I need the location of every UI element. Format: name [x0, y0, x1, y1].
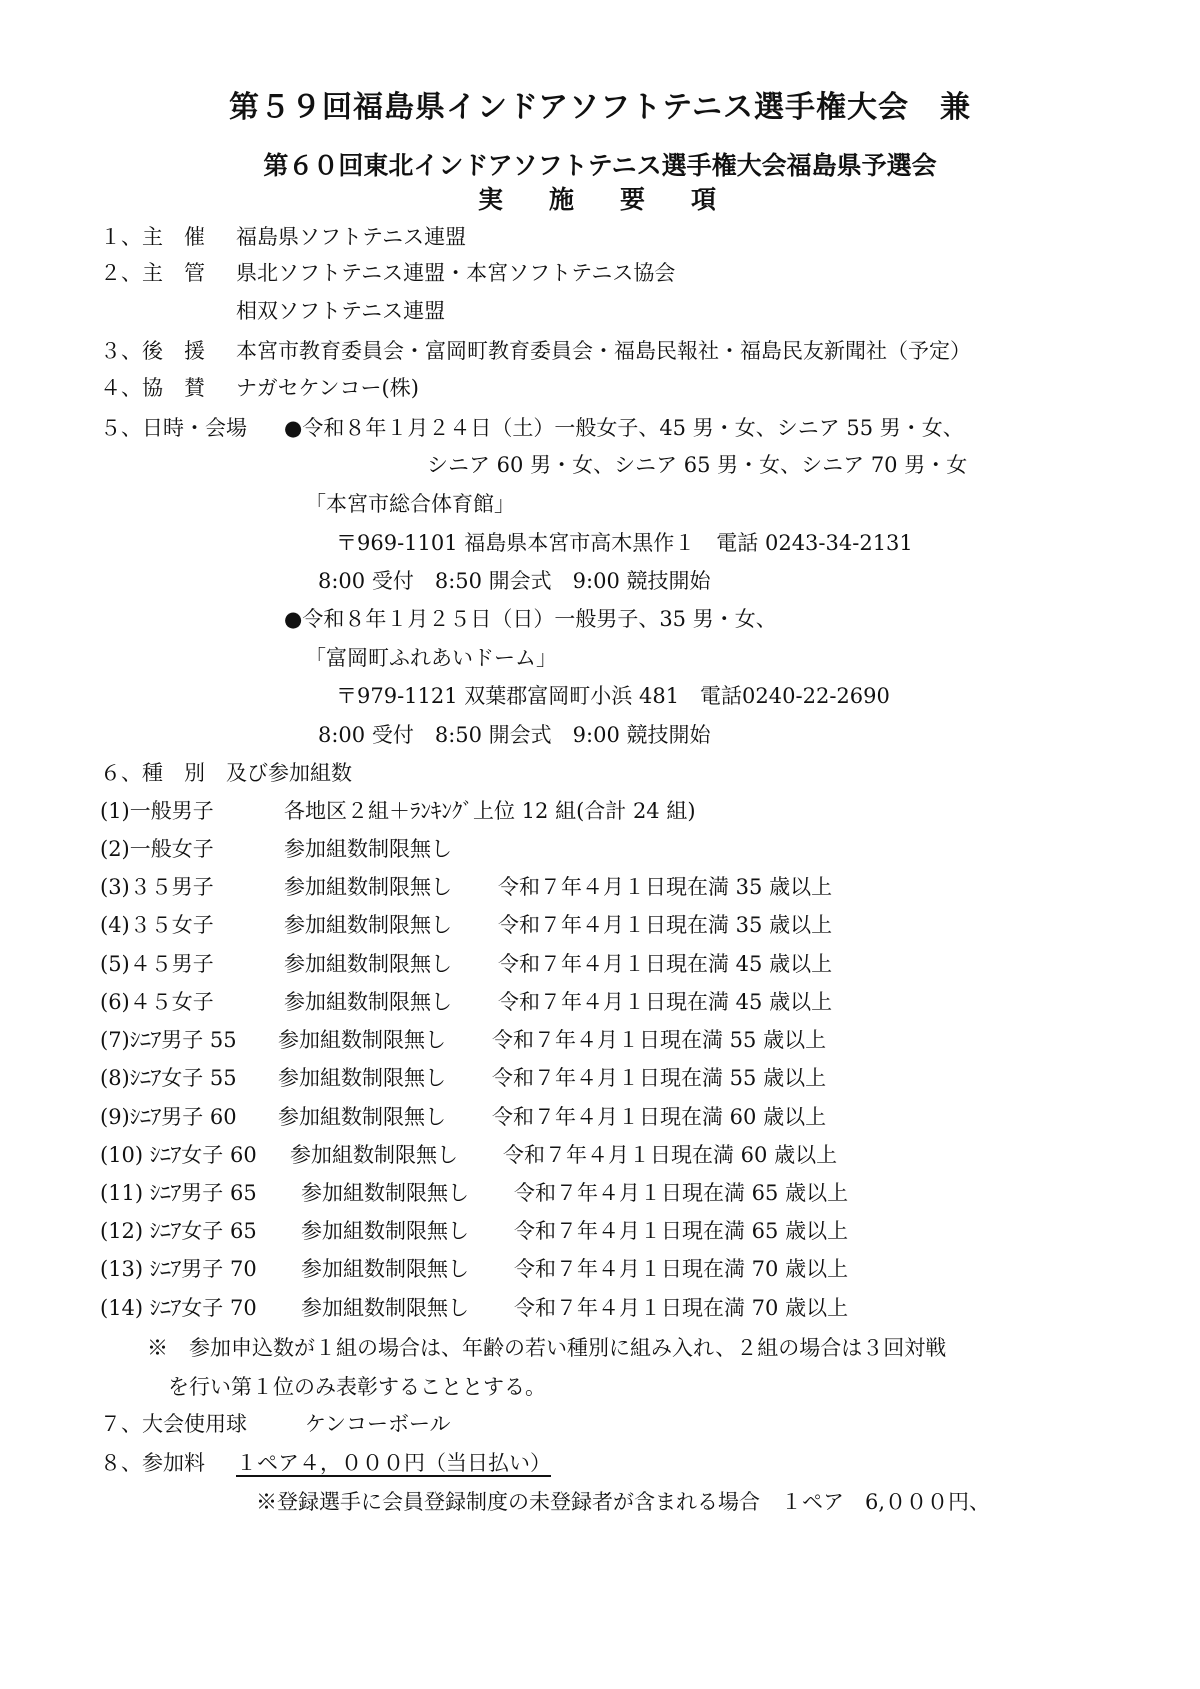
section-3: ３、後 援: [100, 337, 205, 365]
category-name: 一般女子: [130, 837, 214, 861]
section-4: ４、協 賛: [100, 374, 205, 402]
category-row: (8)ｼﾆｱ女子 55: [100, 1064, 237, 1092]
day2-schedule: 8:00 受付 8:50 開会式 9:00 競技開始: [318, 721, 711, 749]
category-age: 令和７年４月１日現在満 45 歳以上: [498, 950, 832, 978]
section-number: ４、: [100, 374, 142, 402]
category-age: 令和７年４月１日現在満 35 歳以上: [498, 873, 832, 901]
section-1: １、主 催: [100, 223, 238, 251]
category-note-line-1: ※ 参加申込数が１組の場合は、年齢の若い種別に組み入れ、２組の場合は３回対戦: [147, 1334, 946, 1362]
section-label: 種 別 及び参加組数: [142, 759, 352, 787]
category-name: 一般男子: [130, 799, 214, 823]
category-age: 令和７年４月１日現在満 60 歳以上: [492, 1103, 826, 1131]
category-limit: 参加組数制限無し: [284, 911, 452, 939]
category-note-line-2: を行い第１位のみ表彰することとする。: [168, 1373, 546, 1401]
category-row: (4)３５女子: [100, 911, 214, 939]
section-label: 協 賛: [142, 374, 205, 402]
category-limit: 参加組数制限無し: [278, 1026, 446, 1054]
category-number: (11): [100, 1181, 143, 1205]
category-limit: 参加組数制限無し: [301, 1294, 469, 1322]
category-row: (7)ｼﾆｱ男子 55: [100, 1026, 237, 1054]
category-limit: 参加組数制限無し: [278, 1064, 446, 1092]
category-number: (9): [100, 1105, 130, 1129]
category-row: (1)一般男子: [100, 797, 214, 825]
category-limit: 参加組数制限無し: [301, 1217, 469, 1245]
day2-date: ●令和８年１月２５日（日）一般男子、35 男・女、: [284, 605, 777, 633]
section-6: ６、種 別 及び参加組数: [100, 759, 352, 787]
title-line-1: 第５９回福島県インドアソフトテニス選手権大会 兼: [0, 82, 1200, 126]
section-7-text: ケンコーボール: [305, 1410, 451, 1438]
section-number: ７、: [100, 1410, 142, 1438]
category-limit: 参加組数制限無し: [278, 1103, 446, 1131]
category-row: (14) ｼﾆｱ女子 70: [100, 1294, 257, 1322]
section-3-text: 本宮市教育委員会・富岡町教育委員会・福島民報社・福島民友新聞社（予定）: [236, 337, 971, 365]
category-number: (5): [100, 952, 130, 976]
category-limit: 参加組数制限無し: [290, 1141, 458, 1169]
section-8: ８、参加料: [100, 1449, 205, 1477]
category-name: ｼﾆｱ男子 55: [130, 1028, 237, 1052]
category-limit: 参加組数制限無し: [301, 1255, 469, 1283]
category-limit: 参加組数制限無し: [284, 988, 452, 1016]
title-line-2: 第６０回東北インドアソフトテニス選手権大会福島県予選会: [0, 146, 1200, 182]
title-line-3: 実施要項: [0, 180, 1200, 216]
section-label: 後 援: [142, 337, 205, 365]
entry-fee: １ペア４，０００円（当日払い）: [236, 1449, 551, 1477]
day2-venue: 「富岡町ふれあいドーム」: [305, 644, 557, 672]
section-7: ７、大会使用球: [100, 1410, 247, 1438]
section-label: 参加料: [142, 1449, 205, 1477]
category-age: 令和７年４月１日現在満 60 歳以上: [503, 1141, 837, 1169]
day1-venue: 「本宮市総合体育館」: [305, 490, 515, 518]
category-age: 令和７年４月１日現在満 45 歳以上: [498, 988, 832, 1016]
category-name: ３５女子: [130, 913, 214, 937]
entry-fee-note: ※登録選手に会員登録制度の未登録者が含まれる場合 １ペア 6,０００円、: [256, 1488, 990, 1516]
category-name: ｼﾆｱ女子 55: [130, 1066, 237, 1090]
category-name: ４５男子: [130, 952, 214, 976]
category-name: ｼﾆｱ男子 60: [130, 1105, 237, 1129]
category-number: (13): [100, 1257, 143, 1281]
category-limit: 参加組数制限無し: [284, 950, 452, 978]
category-number: (10): [100, 1143, 143, 1167]
category-limit: 各地区２組＋ﾗﾝｷﾝｸﾞ上位 12 組(合計 24 組): [284, 797, 696, 825]
category-age: 令和７年４月１日現在満 70 歳以上: [514, 1294, 848, 1322]
section-number: ３、: [100, 337, 142, 365]
section-5: ５、日時・会場: [100, 414, 247, 442]
section-number: ２、: [100, 259, 142, 287]
category-number: (6): [100, 990, 130, 1014]
category-limit: 参加組数制限無し: [301, 1179, 469, 1207]
section-number: １、: [100, 223, 142, 251]
category-age: 令和７年４月１日現在満 55 歳以上: [492, 1026, 826, 1054]
section-1-text: 福島県ソフトテニス連盟: [236, 223, 466, 251]
category-age: 令和７年４月１日現在満 70 歳以上: [514, 1255, 848, 1283]
category-row: (10) ｼﾆｱ女子 60: [100, 1141, 257, 1169]
section-4-text: ナガセケンコー(株): [236, 374, 419, 402]
category-number: (1): [100, 799, 130, 823]
category-row: (12) ｼﾆｱ女子 65: [100, 1217, 257, 1245]
section-2-text-2: 相双ソフトテニス連盟: [236, 297, 445, 325]
section-2: ２、主 管: [100, 259, 205, 287]
category-name: ｼﾆｱ女子 60: [150, 1143, 257, 1167]
category-age: 令和７年４月１日現在満 55 歳以上: [492, 1064, 826, 1092]
day1-schedule: 8:00 受付 8:50 開会式 9:00 競技開始: [318, 567, 711, 595]
category-number: (2): [100, 837, 130, 861]
category-age: 令和７年４月１日現在満 65 歳以上: [514, 1179, 848, 1207]
section-number: ６、: [100, 759, 142, 787]
category-number: (7): [100, 1028, 130, 1052]
category-age: 令和７年４月１日現在満 65 歳以上: [514, 1217, 848, 1245]
category-row: (13) ｼﾆｱ男子 70: [100, 1255, 257, 1283]
section-label: 大会使用球: [142, 1410, 247, 1438]
category-name: ３５男子: [130, 875, 214, 899]
category-row: (2)一般女子: [100, 835, 214, 863]
category-age: 令和７年４月１日現在満 35 歳以上: [498, 911, 832, 939]
day1-date: ●令和８年１月２４日（土）一般女子、45 男・女、シニア 55 男・女、: [284, 414, 964, 442]
category-name: ｼﾆｱ男子 70: [150, 1257, 257, 1281]
day1-address: 〒969-1101 福島県本宮市高木黒作１ 電話 0243-34-2131: [336, 529, 913, 557]
category-row: (11) ｼﾆｱ男子 65: [100, 1179, 257, 1207]
category-number: (8): [100, 1066, 130, 1090]
category-row: (3)３５男子: [100, 873, 214, 901]
category-name: ｼﾆｱ男子 65: [150, 1181, 257, 1205]
category-name: ｼﾆｱ女子 65: [150, 1219, 257, 1243]
section-label: 主 管: [142, 259, 205, 287]
category-limit: 参加組数制限無し: [284, 835, 452, 863]
category-number: (3): [100, 875, 130, 899]
category-row: (9)ｼﾆｱ男子 60: [100, 1103, 237, 1131]
category-name: ４５女子: [130, 990, 214, 1014]
day1-date-cont: シニア 60 男・女、シニア 65 男・女、シニア 70 男・女: [427, 451, 967, 479]
category-limit: 参加組数制限無し: [284, 873, 452, 901]
category-number: (4): [100, 913, 130, 937]
category-number: (14): [100, 1296, 143, 1320]
category-row: (5)４５男子: [100, 950, 214, 978]
section-number: ５、: [100, 414, 142, 442]
section-label: 日時・会場: [142, 414, 247, 442]
category-name: ｼﾆｱ女子 70: [150, 1296, 257, 1320]
section-number: ８、: [100, 1449, 142, 1477]
day2-address: 〒979-1121 双葉郡富岡町小浜 481 電話0240-22-2690: [336, 682, 890, 710]
section-label: 主 催: [142, 223, 238, 251]
category-row: (6)４５女子: [100, 988, 214, 1016]
section-2-text: 県北ソフトテニス連盟・本宮ソフトテニス協会: [236, 259, 675, 287]
category-number: (12): [100, 1219, 143, 1243]
